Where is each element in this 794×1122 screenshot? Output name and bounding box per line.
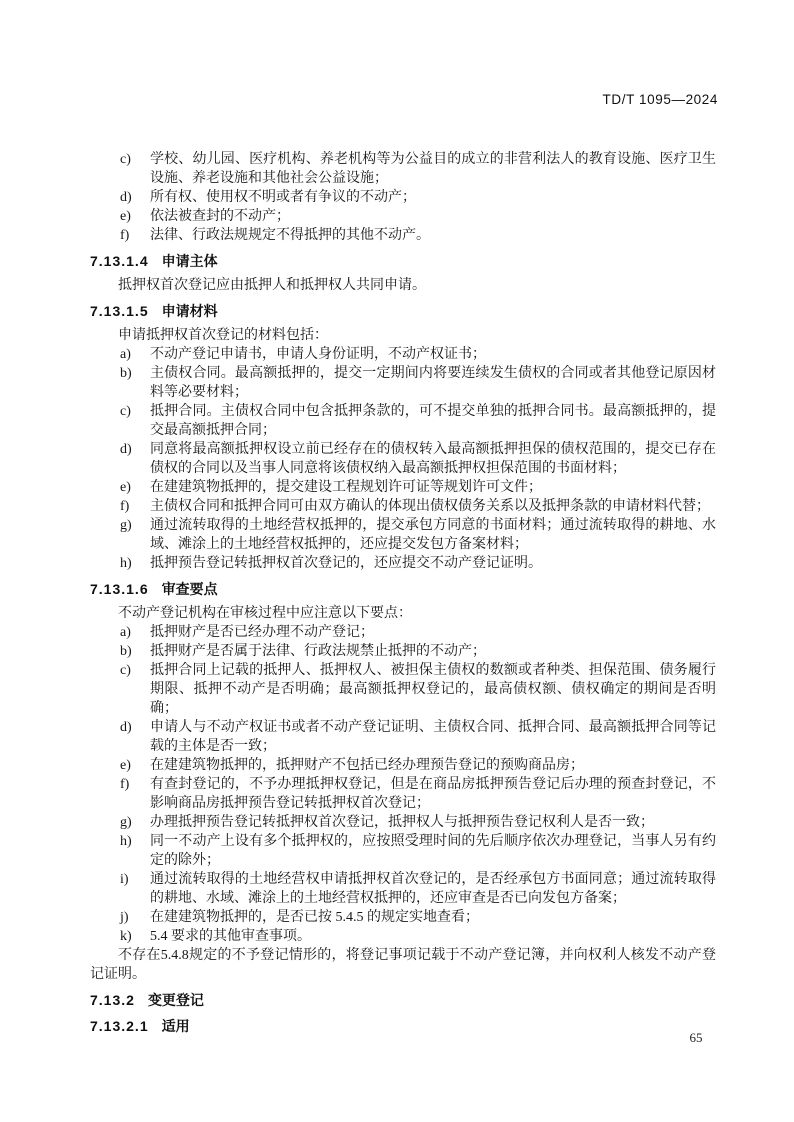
section-heading-7-13-1-5: 7.13.1.5 申请材料 [90, 302, 716, 321]
list-item-text: 所有权、使用权不明或者有争议的不动产； [150, 188, 716, 207]
section-number: 7.13.1.6 [90, 580, 149, 599]
list-item-text: 通过流转取得的土地经营权申请抵押权首次登记的，是否经承包方书面同意；通过流转取得… [150, 870, 716, 908]
list-item-marker: d) [120, 188, 150, 207]
list-item-marker: f) [120, 226, 150, 245]
list-item-text: 抵押预告登记转抵押权首次登记的，还应提交不动产登记证明。 [150, 554, 716, 573]
list-item: f) 主债权合同和抵押合同可由双方确认的体现出债权债务关系以及抵押条款的申请材料… [90, 497, 716, 516]
list-item-marker: f) [120, 775, 150, 813]
carryover-list: c) 学校、幼儿园、医疗机构、养老机构等为公益目的成立的非营利法人的教育设施、医… [90, 150, 716, 245]
list-item-text: 同一不动产上设有多个抵押权的，应按照受理时间的先后顺序依次办理登记，当事人另有约… [150, 832, 716, 870]
list-item: g) 通过流转取得的土地经营权抵押的，提交承包方同意的书面材料；通过流转取得的耕… [90, 516, 716, 554]
paragraph: 抵押权首次登记应由抵押人和抵押权人共同申请。 [90, 276, 716, 295]
lead-paragraph: 申请抵押权首次登记的材料包括： [90, 326, 716, 345]
list-item-marker: h) [120, 554, 150, 573]
list-item-marker: i) [120, 870, 150, 908]
list-item-text: 依法被查封的不动产； [150, 207, 716, 226]
section-heading-7-13-2-1: 7.13.2.1 适用 [90, 1017, 716, 1036]
list-item-text: 法律、行政法规规定不得抵押的其他不动产。 [150, 226, 716, 245]
list-item-marker: f) [120, 497, 150, 516]
page-number: 65 [690, 1030, 703, 1045]
section-number: 7.13.2 [90, 991, 135, 1010]
list-item-text: 同意将最高额抵押权设立前已经存在的债权转入最高额抵押担保的债权范围的，提交已存在… [150, 440, 716, 478]
section-title: 适用 [162, 1017, 190, 1036]
section-number: 7.13.2.1 [90, 1017, 149, 1036]
list-item-marker: d) [120, 718, 150, 756]
list-item: f) 法律、行政法规规定不得抵押的其他不动产。 [90, 226, 716, 245]
list-item-text: 办理抵押预告登记转抵押权首次登记，抵押权人与抵押预告登记权利人是否一致； [150, 813, 716, 832]
list-item: h) 同一不动产上设有多个抵押权的，应按照受理时间的先后顺序依次办理登记，当事人… [90, 832, 716, 870]
closing-paragraph: 不存在5.4.8规定的不予登记情形的，将登记事项记载于不动产登记簿，并向权利人核… [90, 946, 716, 984]
list-item-text: 在建建筑物抵押的，是否已按 5.4.5 的规定实地查看； [150, 908, 716, 927]
list-item: e) 在建建筑物抵押的，抵押财产不包括已经办理预告登记的预购商品房； [90, 756, 716, 775]
section-heading-7-13-1-6: 7.13.1.6 审查要点 [90, 580, 716, 599]
list-item: f) 有查封登记的，不予办理抵押权登记，但是在商品房抵押预告登记后办理的预查封登… [90, 775, 716, 813]
list-item-marker: b) [120, 642, 150, 661]
list-item-text: 抵押合同上记载的抵押人、抵押权人、被担保主债权的数额或者种类、担保范围、债务履行… [150, 661, 716, 718]
section-title: 变更登记 [148, 991, 204, 1010]
list-item-marker: e) [120, 478, 150, 497]
list-item: e) 依法被查封的不动产； [90, 207, 716, 226]
document-page: TD/T 1095—2024 c) 学校、幼儿园、医疗机构、养老机构等为公益目的… [0, 0, 794, 1122]
list-item: h) 抵押预告登记转抵押权首次登记的，还应提交不动产登记证明。 [90, 554, 716, 573]
list-item-text: 主债权合同。最高额抵押的，提交一定期间内将要连续发生债权的合同或者其他登记原因材… [150, 364, 716, 402]
list-item: c) 学校、幼儿园、医疗机构、养老机构等为公益目的成立的非营利法人的教育设施、医… [90, 150, 716, 188]
lead-paragraph: 不动产登记机构在审核过程中应注意以下要点： [90, 604, 716, 623]
list-item-marker: g) [120, 813, 150, 832]
list-item-marker: c) [120, 150, 150, 188]
list-item: j) 在建建筑物抵押的，是否已按 5.4.5 的规定实地查看； [90, 908, 716, 927]
list-item-text: 抵押财产是否已经办理不动产登记； [150, 623, 716, 642]
page-footer: 65 [676, 1029, 716, 1047]
section-title: 申请材料 [162, 302, 218, 321]
list-item-marker: b) [120, 364, 150, 402]
standard-number: TD/T 1095—2024 [603, 92, 718, 107]
list-item: c) 抵押合同上记载的抵押人、抵押权人、被担保主债权的数额或者种类、担保范围、债… [90, 661, 716, 718]
page-header: TD/T 1095—2024 [90, 91, 718, 109]
list-item: b) 主债权合同。最高额抵押的，提交一定期间内将要连续发生债权的合同或者其他登记… [90, 364, 716, 402]
list-item-text: 在建建筑物抵押的，抵押财产不包括已经办理预告登记的预购商品房； [150, 756, 716, 775]
list-item-marker: e) [120, 207, 150, 226]
section-title: 申请主体 [162, 252, 218, 271]
list-item-text: 学校、幼儿园、医疗机构、养老机构等为公益目的成立的非营利法人的教育设施、医疗卫生… [150, 150, 716, 188]
list-item-text: 申请人与不动产权证书或者不动产登记证明、主债权合同、抵押合同、最高额抵押合同等记… [150, 718, 716, 756]
list-item-marker: k) [120, 927, 150, 946]
list-item-text: 有查封登记的，不予办理抵押权登记，但是在商品房抵押预告登记后办理的预查封登记，不… [150, 775, 716, 813]
list-item: d) 同意将最高额抵押权设立前已经存在的债权转入最高额抵押担保的债权范围的，提交… [90, 440, 716, 478]
section-heading-7-13-2: 7.13.2 变更登记 [90, 991, 716, 1010]
list-item-marker: j) [120, 908, 150, 927]
list-item-marker: e) [120, 756, 150, 775]
list-item-text: 抵押合同。主债权合同中包含抵押条款的，可不提交单独的抵押合同书。最高额抵押的，提… [150, 402, 716, 440]
list-item: c) 抵押合同。主债权合同中包含抵押条款的，可不提交单独的抵押合同书。最高额抵押… [90, 402, 716, 440]
section-title: 审查要点 [162, 580, 218, 599]
section-number: 7.13.1.4 [90, 252, 149, 271]
list-item: a) 抵押财产是否已经办理不动产登记； [90, 623, 716, 642]
list-item-marker: d) [120, 440, 150, 478]
list-item-marker: c) [120, 402, 150, 440]
list-item: k) 5.4 要求的其他审查事项。 [90, 927, 716, 946]
document-content: c) 学校、幼儿园、医疗机构、养老机构等为公益目的成立的非营利法人的教育设施、医… [90, 150, 716, 1041]
section-number: 7.13.1.5 [90, 302, 149, 321]
list-item: d) 申请人与不动产权证书或者不动产登记证明、主债权合同、抵押合同、最高额抵押合… [90, 718, 716, 756]
list-item-marker: c) [120, 661, 150, 718]
list-item: e) 在建建筑物抵押的，提交建设工程规划许可证等规划许可文件； [90, 478, 716, 497]
review-points-list: a) 抵押财产是否已经办理不动产登记； b) 抵押财产是否属于法律、行政法规禁止… [90, 623, 716, 946]
list-item-text: 通过流转取得的土地经营权抵押的，提交承包方同意的书面材料；通过流转取得的耕地、水… [150, 516, 716, 554]
list-item: d) 所有权、使用权不明或者有争议的不动产； [90, 188, 716, 207]
section-heading-7-13-1-4: 7.13.1.4 申请主体 [90, 252, 716, 271]
list-item: b) 抵押财产是否属于法律、行政法规禁止抵押的不动产； [90, 642, 716, 661]
list-item-text: 抵押财产是否属于法律、行政法规禁止抵押的不动产； [150, 642, 716, 661]
list-item: a) 不动产登记申请书，申请人身份证明，不动产权证书； [90, 345, 716, 364]
list-item-text: 在建建筑物抵押的，提交建设工程规划许可证等规划许可文件； [150, 478, 716, 497]
list-item-text: 不动产登记申请书，申请人身份证明，不动产权证书； [150, 345, 716, 364]
materials-list: a) 不动产登记申请书，申请人身份证明，不动产权证书； b) 主债权合同。最高额… [90, 345, 716, 573]
list-item: i) 通过流转取得的土地经营权申请抵押权首次登记的，是否经承包方书面同意；通过流… [90, 870, 716, 908]
list-item-marker: g) [120, 516, 150, 554]
list-item-marker: h) [120, 832, 150, 870]
list-item-text: 主债权合同和抵押合同可由双方确认的体现出债权债务关系以及抵押条款的申请材料代替； [150, 497, 716, 516]
list-item-text: 5.4 要求的其他审查事项。 [150, 927, 716, 946]
list-item: g) 办理抵押预告登记转抵押权首次登记，抵押权人与抵押预告登记权利人是否一致； [90, 813, 716, 832]
list-item-marker: a) [120, 345, 150, 364]
list-item-marker: a) [120, 623, 150, 642]
